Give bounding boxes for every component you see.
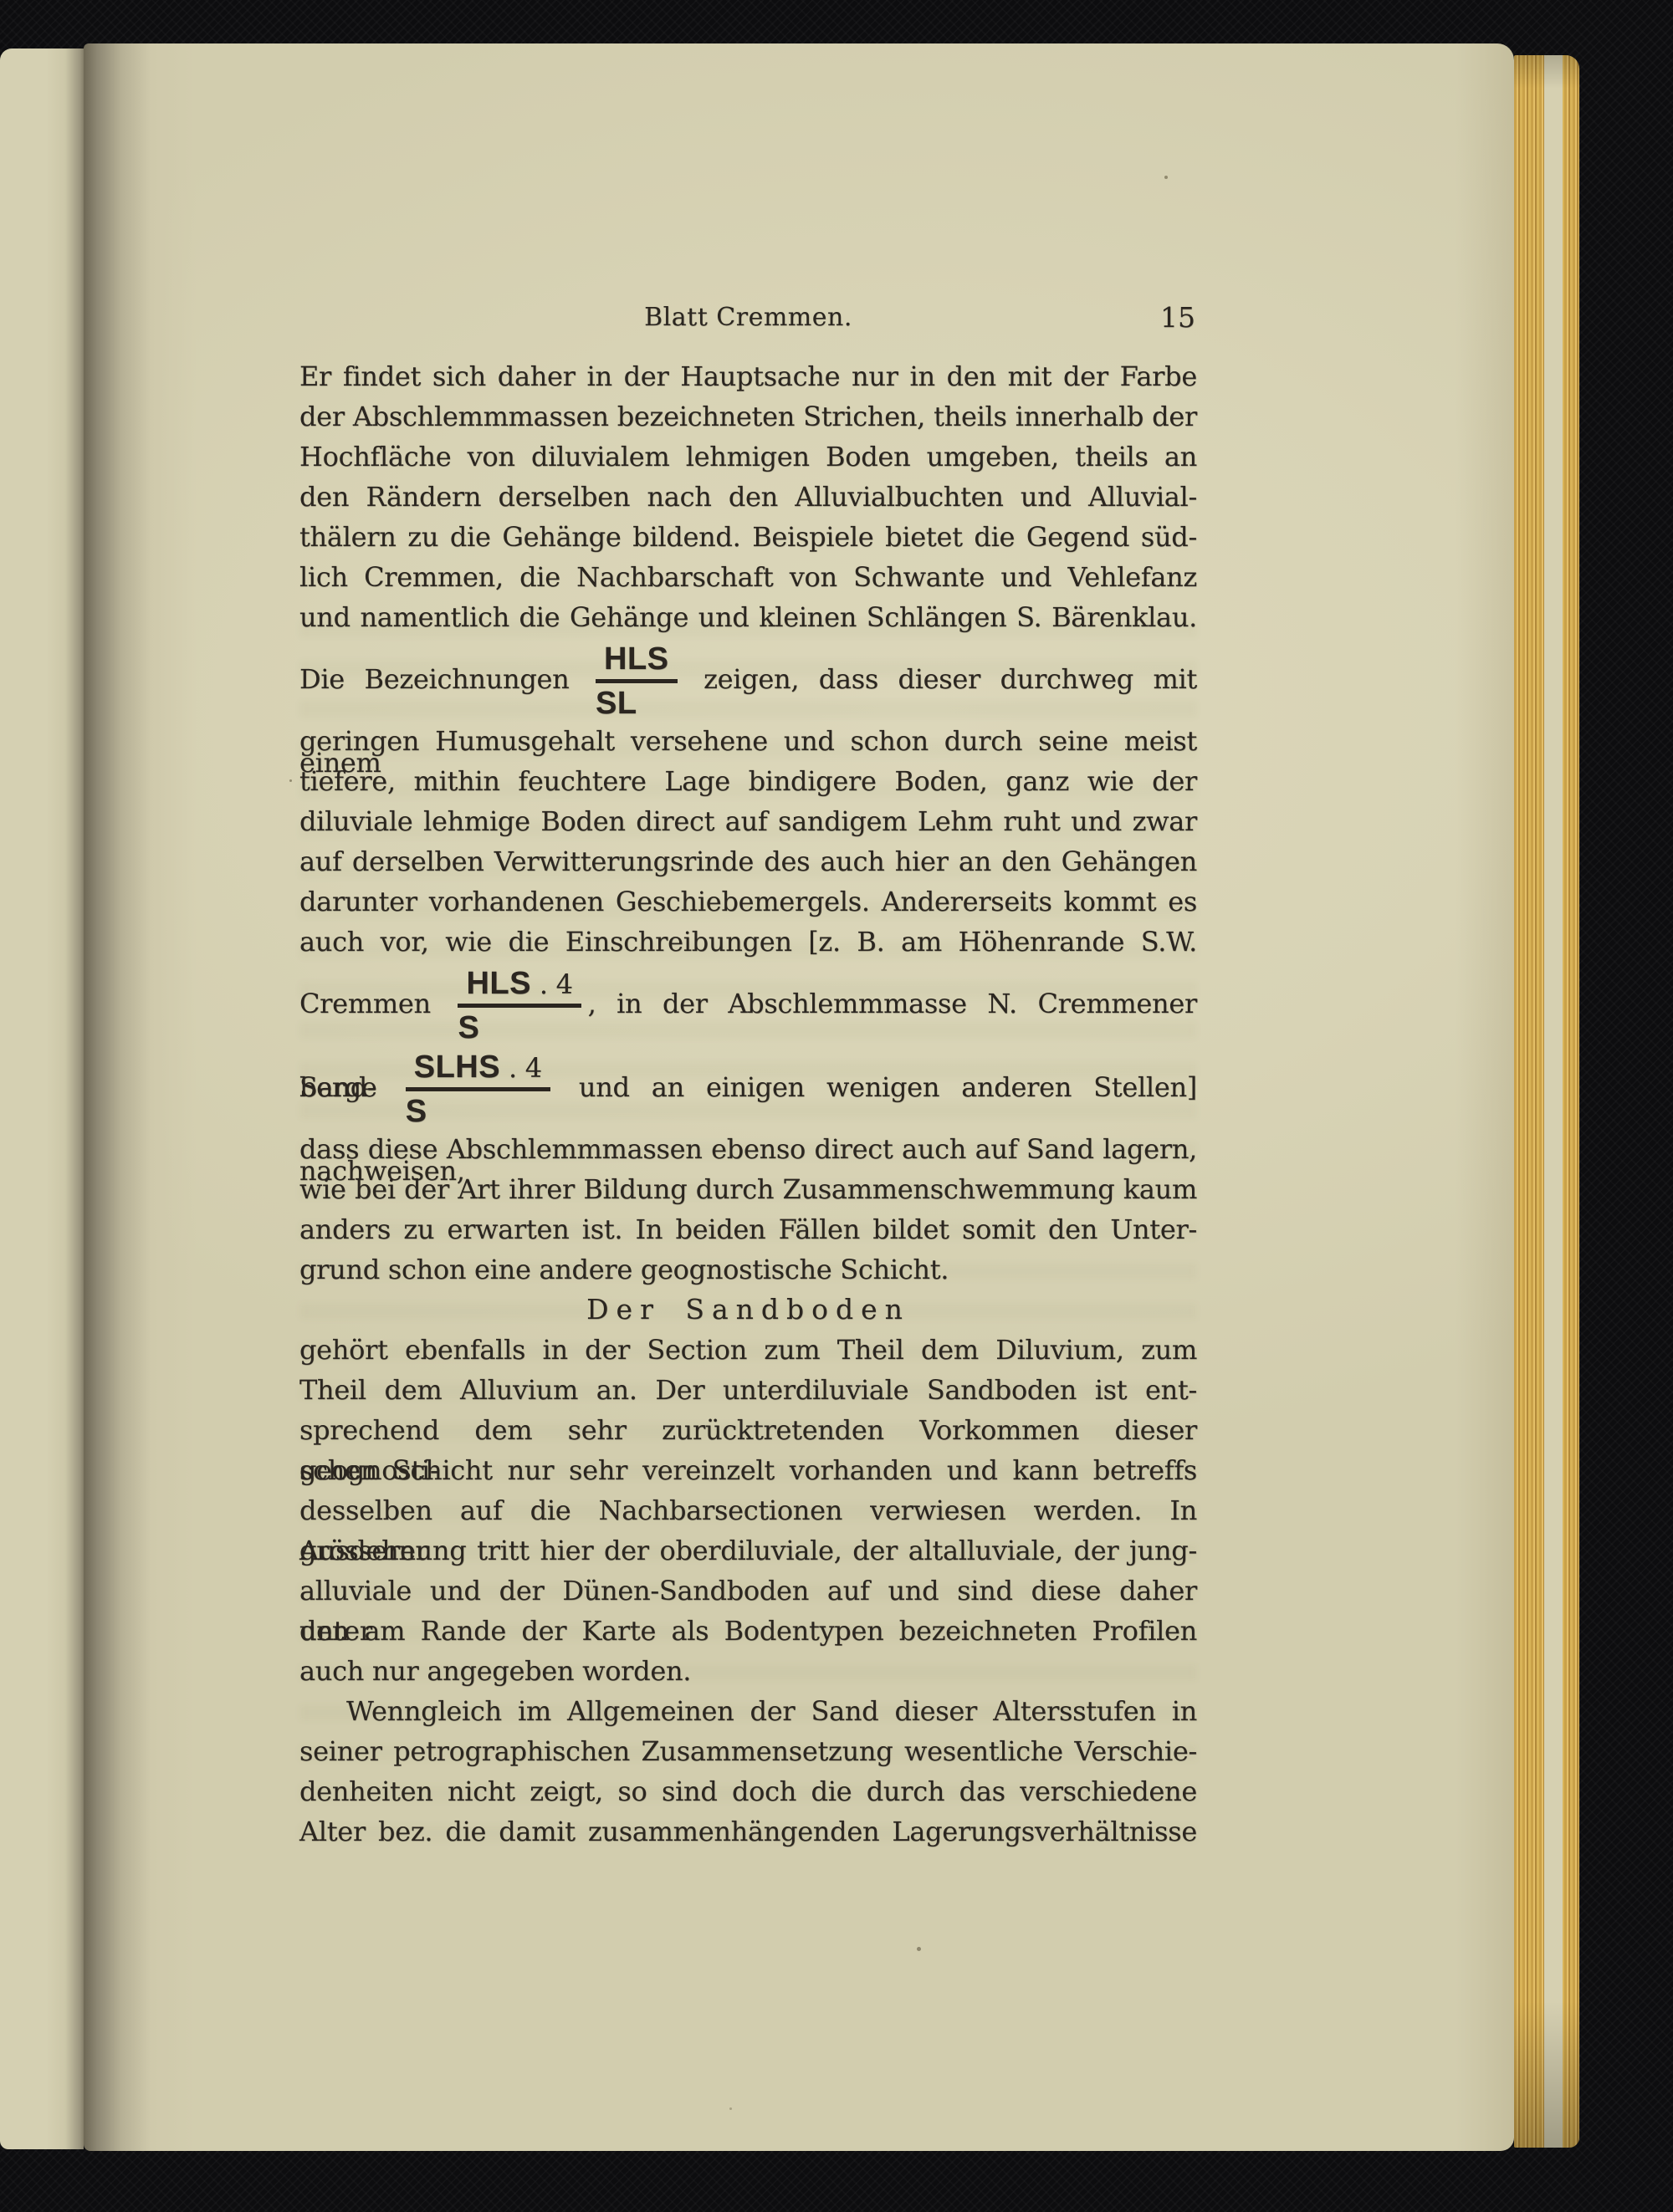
text-line: und namentlich die Gehänge und kleinen S… [299,597,1197,637]
text-line: Ausdehnung tritt hier der oberdiluviale,… [299,1530,1197,1571]
fraction-denominator: S [406,1091,550,1127]
page-number: 15 [1160,298,1195,338]
text-line: lich Cremmen, die Nachbarschaft von Schw… [299,557,1197,597]
text-line: dass diese Abschlemmmassen ebenso direct… [299,1129,1197,1169]
text-line: Er findet sich daher in der Hauptsache n… [299,356,1197,396]
book-photo: Blatt Cremmen. 15 Er findet sich daher i… [0,0,1673,2212]
paper-speck [729,2107,732,2110]
fraction-denominator: S [458,1008,581,1044]
section-heading: Der Sandboden [299,1290,1197,1330]
soil-notation-fraction: HLSSL [596,643,678,719]
text-line: darunter vorhandenen Geschiebemergels. A… [299,881,1197,922]
paper-speck [917,1947,921,1951]
text-line: denheiten nicht zeigt, so sind doch die … [299,1771,1197,1811]
text-line: Hochfläche von diluvialem lehmigen Boden… [299,437,1197,477]
text-line: Wenngleich im Allgemeinen der Sand diese… [299,1691,1197,1731]
text-line: Cremmen HLS . 4S, in der Abschlemmmasse … [299,962,1197,1045]
text-line: geringen Humusgehalt versehene und schon… [299,721,1197,761]
soil-notation-fraction: HLS . 4S [458,968,581,1044]
text-line: grund schon eine andere geognostische Sc… [299,1249,1197,1290]
text-line: den am Rande der Karte als Bodentypen be… [299,1611,1197,1651]
text-line: alluviale und der Dünen-Sandboden auf un… [299,1571,1197,1611]
text-line: wie bei der Art ihrer Bildung durch Zusa… [299,1169,1197,1209]
fraction-denominator: SL [596,683,678,719]
text-line: auf derselben Verwitterungsrinde des auc… [299,841,1197,881]
text-line: auch nur angegeben worden. [299,1651,1197,1691]
paper-speck [289,779,292,782]
paper-speck [1164,176,1168,179]
text-line: thälern zu die Gehänge bildend. Beispiel… [299,517,1197,557]
text-line: sprechend dem sehr zurücktretenden Vorko… [299,1410,1197,1450]
text-line: diluviale lehmige Boden direct auf sandi… [299,801,1197,841]
page-header: Blatt Cremmen. 15 [299,298,1197,338]
text-line: seiner petrographischen Zusammensetzung … [299,1731,1197,1771]
text-line: Alter bez. die damit zusammenhängenden L… [299,1811,1197,1852]
text-line: tiefere, mithin feuchtere Lage bindigere… [299,761,1197,801]
running-header: Blatt Cremmen. [644,298,852,338]
previous-page-edge [0,49,84,2149]
page-fore-edge [1514,55,1579,2148]
fraction-numerator: HLS [596,643,678,683]
page-text-lines: Er findet sich daher in der Hauptsache n… [299,356,1197,1852]
fraction-numerator: HLS . 4 [458,968,581,1008]
text-line: desselben auf die Nachbarsectionen verwi… [299,1490,1197,1530]
text-line: den Rändern derselben nach den Alluvialb… [299,477,1197,517]
text-line: berge SLHS . 4S und an einigen wenigen a… [299,1045,1197,1129]
text-line: gehört ebenfalls in der Section zum Thei… [299,1330,1197,1370]
soil-notation-fraction: SLHS . 4S [406,1051,550,1127]
fraction-numerator: SLHS . 4 [406,1051,550,1091]
text-line: auch vor, wie die Einschreibungen [z. B.… [299,922,1197,962]
text-line: der Abschlemmmassen bezeichneten Striche… [299,396,1197,437]
text-line: Theil dem Alluvium an. Der unterdiluvial… [299,1370,1197,1410]
page-text: Blatt Cremmen. 15 Er findet sich daher i… [299,298,1197,1852]
text-line: Die Bezeichnungen HLSSL zeigen, dass die… [299,637,1197,721]
text-line: anders zu erwarten ist. In beiden Fällen… [299,1209,1197,1249]
text-line: schen Schicht nur sehr vereinzelt vorhan… [299,1450,1197,1490]
book-page: Blatt Cremmen. 15 Er findet sich daher i… [84,43,1514,2151]
